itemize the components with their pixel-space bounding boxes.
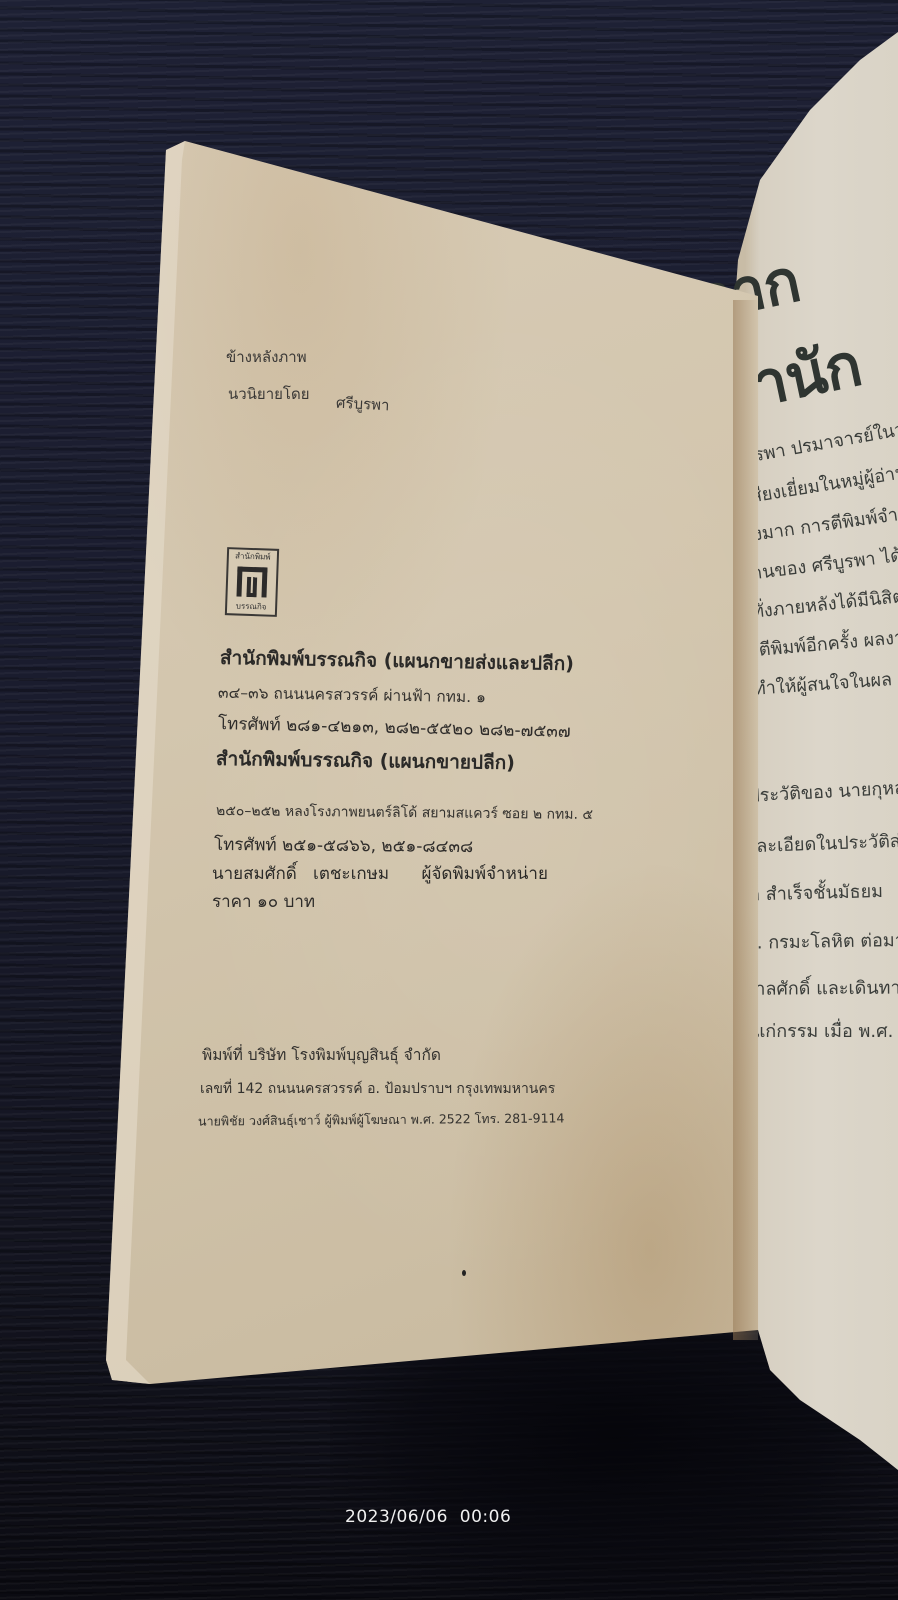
printer-line: นายพิชัย วงศ์สินธุ์เชาว์ ผู้พิมพ์ผู้โฆษณ…: [198, 1108, 565, 1131]
imprint-line: สำนักพิมพ์บรรณกิจ (แผนกขายส่งและปลีก): [220, 643, 574, 679]
ink-spot: [462, 1270, 466, 1276]
publisher-logo-icon: [236, 566, 267, 597]
imprint-line: สำนักพิมพ์บรรณกิจ (แผนกขายปลีก): [216, 744, 515, 778]
author-name: ศรีบูรพา: [335, 391, 390, 418]
printer-line: เลขที่ 142 ถนนนครสวรรค์ อ. ป้อมปราบฯ กรุ…: [200, 1078, 555, 1100]
imprint-line: โทรศัพท์ ๒๕๑-๕๘๖๖, ๒๕๑-๘๔๓๘: [214, 831, 473, 860]
printer-line: พิมพ์ที่ บริษัท โรงพิมพ์บุญสินธุ์ จำกัด: [202, 1042, 441, 1067]
price-line: ราคา ๑๐ บาท: [212, 888, 315, 915]
imprint-line: นายสมศักดิ์ เตชะเกษม ผู้จัดพิมพ์จำหน่าย: [212, 860, 548, 887]
imprint-line: ๒๕๐–๒๕๒ หลงโรงภาพยนตร์ลิโด้ สยามสแควร์ ซ…: [216, 800, 593, 826]
author-prefix: นวนิยายโดย: [228, 382, 310, 406]
publisher-logo: สำนักพิมพ์ บรรณกิจ: [225, 547, 279, 617]
logo-bottom-text: บรรณกิจ: [236, 601, 267, 612]
camera-timestamp: 2023/06/06 00:06: [345, 1507, 511, 1527]
logo-top-text: สำนักพิมพ์: [235, 551, 271, 562]
page-gutter-shadow: [733, 300, 758, 1340]
book-title: ข้างหลังภาพ: [226, 345, 307, 369]
right-page-line: ถึงแก่กรรม เมื่อ พ.ศ. 2490: [734, 1016, 898, 1045]
imprint-line: ๓๔–๓๖ ถนนนครสวรรค์ ผ่านฟ้า กทม. ๑: [218, 680, 486, 710]
